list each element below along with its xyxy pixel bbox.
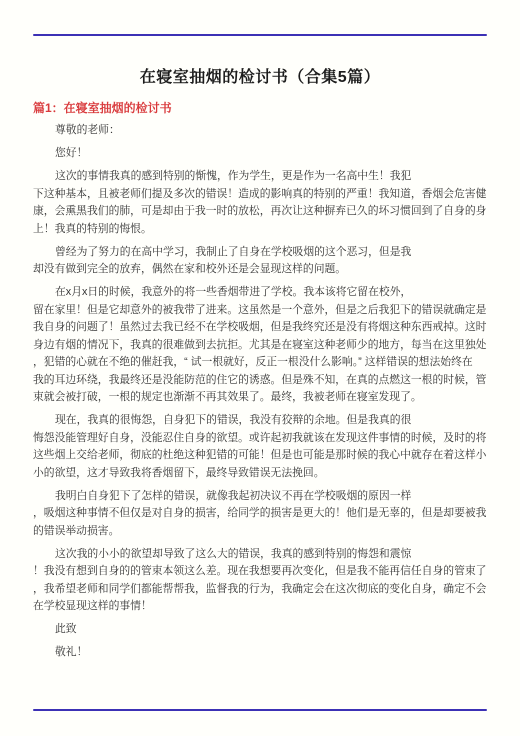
paragraph: 在x月x日的时候，我意外的将一些香烟带进了学校。我本该将它留在校外，留在家里！但… [33, 284, 489, 407]
paragraph: 曾经为了努力的在高中学习，我制止了自身在学校吸烟的这个恶习，但是我却没有做到完全… [33, 244, 489, 279]
paragraph-line: 我自身的问题了！虽然过去我已经不在学校吸烟，但是我终究还是没有将烟这种东西戒掉。… [33, 319, 489, 337]
paragraph-line: 留在家里！但是它却意外的被我带了进来。这虽然是一个意外，但是之后我犯下的错误就确… [33, 302, 489, 320]
paragraph-line: 在学校显现这样的事情！ [33, 598, 489, 616]
top-divider [33, 34, 487, 36]
paragraph: 此致 [33, 621, 489, 639]
paragraph-line: 这些烟上交给老师，彻底的杜绝这种犯错的可能！但是也可能是那时候的我心中就存在着这… [33, 447, 489, 465]
paragraph-line: 却没有做到完全的放弃，偶然在家和校外还是会显现这样的问题。 [33, 261, 489, 279]
paragraph: 这次的事情我真的感到特别的惭愧，作为学生，更是作为一名高中生！我犯下这种基本，且… [33, 168, 489, 238]
paragraph-line: 现在，我真的很悔怨，自身犯下的错误，我没有狡辩的余地。但是我真的很 [33, 412, 489, 430]
paragraph-line: 在x月x日的时候，我意外的将一些香烟带进了学校。我本该将它留在校外， [33, 284, 489, 302]
paragraph-line: ！我没有想到自身的的管束本领这么差。现在我想要再次变化，但是我不能再信任自身的管… [33, 563, 489, 581]
paragraph-line: 我明白自身犯下了怎样的错误，就像我起初决议不再在学校吸烟的原因一样 [33, 488, 489, 506]
section-heading: 篇1：在寝室抽烟的检讨书 [33, 99, 172, 116]
paragraph: 敬礼！ [33, 644, 489, 662]
paragraph-line: 此致 [33, 621, 489, 639]
paragraph-line: 曾经为了努力的在高中学习，我制止了自身在学校吸烟的这个恶习，但是我 [33, 244, 489, 262]
paragraph-line: 束就会被打破，一根的规定也渐渐不再其效果了。最终，我被老师在寝室发现了。 [33, 389, 489, 407]
paragraph-line: 的错误举动损害。 [33, 523, 489, 541]
paragraph-line: 这次的事情我真的感到特别的惭愧，作为学生，更是作为一名高中生！我犯 [33, 168, 489, 186]
letter-body: 尊敬的老师：您好！这次的事情我真的感到特别的惭愧，作为学生，更是作为一名高中生！… [33, 122, 489, 667]
paragraph-line: 上！我真的特别的悔恨。 [33, 221, 489, 239]
paragraph-line: 敬礼！ [33, 644, 489, 662]
paragraph-line: 小的欲望，这才导致我将香烟留下，最终导致错误无法挽回。 [33, 465, 489, 483]
paragraph-line: 您好！ [33, 145, 489, 163]
document-title: 在寝室抽烟的检讨书（合集5篇） [0, 64, 520, 87]
paragraph-line: 康，会熏黑我们的肺，可是却由于我一时的放松，再次让这种摒弃已久的坏习惯回到了自身… [33, 203, 489, 221]
paragraph-line: 下这种基本，且被老师们提及多次的错误！造成的影响真的特别的严重！我知道，香烟会危… [33, 186, 489, 204]
paragraph-line: ，犯错的心就在不绝的催赶我，“ 试一根就好，反正一根没什么影响。” 这样错误的想… [33, 354, 489, 372]
paragraph: 这次我的小小的欲望却导致了这么大的错误，我真的感到特别的悔怨和震惊！我没有想到自… [33, 546, 489, 616]
paragraph-line: 我的耳边环绕，我最终还是没能防范的住它的诱惑。但是殊不知，在真的点燃这一根的时候… [33, 372, 489, 390]
paragraph-line: 悔怨没能管理好自身，没能忍住自身的欲望。或许起初我就该在发现这件事情的时候，及时… [33, 430, 489, 448]
paragraph: 我明白自身犯下了怎样的错误，就像我起初决议不再在学校吸烟的原因一样，吸烟这种事情… [33, 488, 489, 541]
paragraph-line: 尊敬的老师： [33, 122, 489, 140]
paragraph-line: 身边有烟的情况下，我真的很难做到去抗拒。尤其是在寝室这种老师少的地方，每当在这里… [33, 337, 489, 355]
paragraph: 尊敬的老师： [33, 122, 489, 140]
paragraph-line: 这次我的小小的欲望却导致了这么大的错误，我真的感到特别的悔怨和震惊 [33, 546, 489, 564]
paragraph-line: ，吸烟这种事情不但仅是对自身的损害，给同学的损害是更大的！他们是无辜的，但是却要… [33, 505, 489, 523]
paragraph: 您好！ [33, 145, 489, 163]
paragraph-line: ，我希望老师和同学们都能帮帮我，监督我的行为，我确定会在这次彻底的变化自身，确定… [33, 581, 489, 599]
bottom-divider [33, 709, 487, 711]
paragraph: 现在，我真的很悔怨，自身犯下的错误，我没有狡辩的余地。但是我真的很悔怨没能管理好… [33, 412, 489, 482]
document-page: 在寝室抽烟的检讨书（合集5篇） 篇1：在寝室抽烟的检讨书 尊敬的老师：您好！这次… [0, 0, 520, 736]
